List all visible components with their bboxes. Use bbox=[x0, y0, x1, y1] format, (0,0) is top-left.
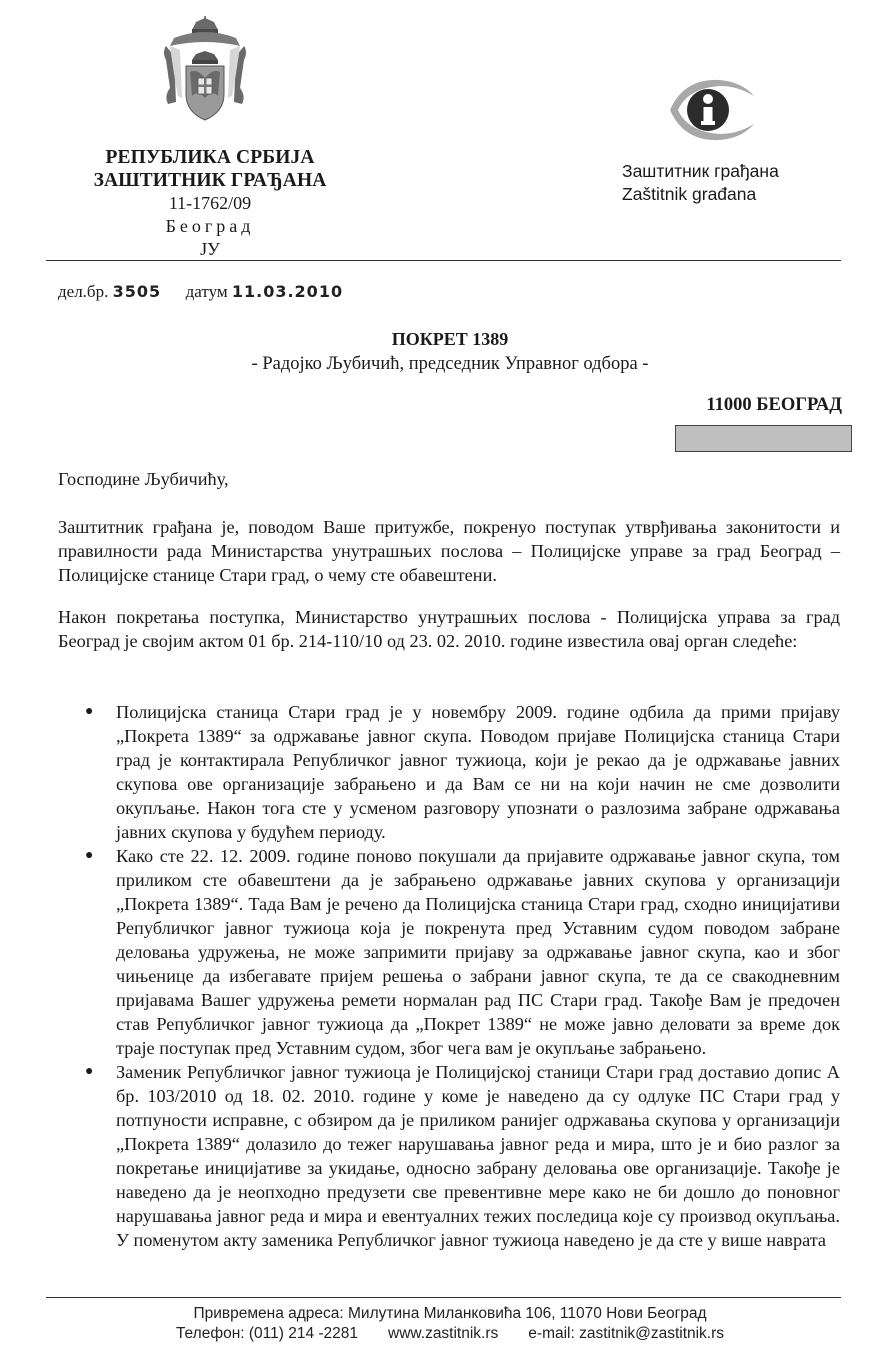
issuer-country: РЕПУБЛИКА СРБИЈА bbox=[60, 146, 360, 169]
footer-divider bbox=[46, 1297, 841, 1298]
findings-list: ● Полицијска станица Стари град је у нов… bbox=[58, 700, 840, 1252]
bullet-icon: ● bbox=[85, 700, 93, 724]
brand-name-latin: Zaštitnik građana bbox=[622, 183, 822, 206]
case-number: 11-1762/09 bbox=[60, 192, 360, 215]
ombudsman-eye-logo-icon bbox=[664, 76, 756, 144]
footer-email[interactable]: e-mail: zastitnik@zastitnik.rs bbox=[528, 1325, 724, 1342]
salutation: Господине Љубичићу, bbox=[58, 467, 840, 491]
footer: Привремена адреса: Милутина Миланковића … bbox=[40, 1304, 860, 1344]
paragraph-1: Заштитник грађана је, поводом Ваше приту… bbox=[58, 515, 840, 587]
footer-phone: Телефон: (011) 214 -2281 bbox=[176, 1325, 358, 1342]
list-item-text: Заменик Републичког јавног тужиоца је По… bbox=[116, 1062, 840, 1250]
list-item-text: Полицијска станица Стари град је у новем… bbox=[116, 702, 840, 842]
header-divider bbox=[46, 260, 841, 261]
footer-website[interactable]: www.zastitnik.rs bbox=[388, 1325, 498, 1342]
bullet-icon: ● bbox=[85, 1060, 93, 1084]
list-item: ● Полицијска станица Стари град је у нов… bbox=[58, 700, 840, 844]
footer-contacts: Телефон: (011) 214 -2281www.zastitnik.rs… bbox=[40, 1324, 860, 1344]
footer-address: Привремена адреса: Милутина Миланковића … bbox=[40, 1304, 860, 1324]
redacted-address bbox=[675, 425, 852, 452]
list-item: ● Заменик Републичког јавног тужиоца је … bbox=[58, 1060, 840, 1252]
date-value: 11.03.2010 bbox=[232, 282, 343, 301]
list-item-text: Како сте 22. 12. 2009. године поново пок… bbox=[116, 846, 840, 1058]
issuer-institution: ЗАШТИТНИК ГРАЂАНА bbox=[60, 169, 360, 192]
list-item: ● Како сте 22. 12. 2009. године поново п… bbox=[58, 844, 840, 1060]
issuer-city: Београд bbox=[60, 215, 360, 238]
ref-number: 3505 bbox=[113, 282, 162, 301]
recipient-person: - Радојко Љубичић, председник Управног о… bbox=[200, 351, 700, 377]
recipient-block: ПОКРЕТ 1389 - Радојко Љубичић, председни… bbox=[200, 327, 700, 377]
recipient-organization: ПОКРЕТ 1389 bbox=[200, 327, 700, 351]
bullet-icon: ● bbox=[85, 844, 93, 868]
paragraph-2: Након покретања поступка, Министарство у… bbox=[58, 605, 840, 653]
coat-of-arms-icon bbox=[152, 16, 258, 128]
date-label: датум bbox=[186, 282, 228, 301]
reference-line: дел.бр. 3505 датум 11.03.2010 bbox=[58, 282, 343, 302]
brand-name-cyrillic: Заштитник грађана bbox=[622, 160, 822, 183]
issuer-initials: ЈУ bbox=[60, 238, 360, 261]
issuer-block: РЕПУБЛИКА СРБИЈА ЗАШТИТНИК ГРАЂАНА 11-17… bbox=[60, 146, 360, 261]
recipient-city: 11000 БЕОГРАД bbox=[706, 395, 842, 416]
ref-label: дел.бр. bbox=[58, 282, 108, 301]
ombudsman-brand: Заштитник грађана Zaštitnik građana bbox=[622, 160, 822, 206]
